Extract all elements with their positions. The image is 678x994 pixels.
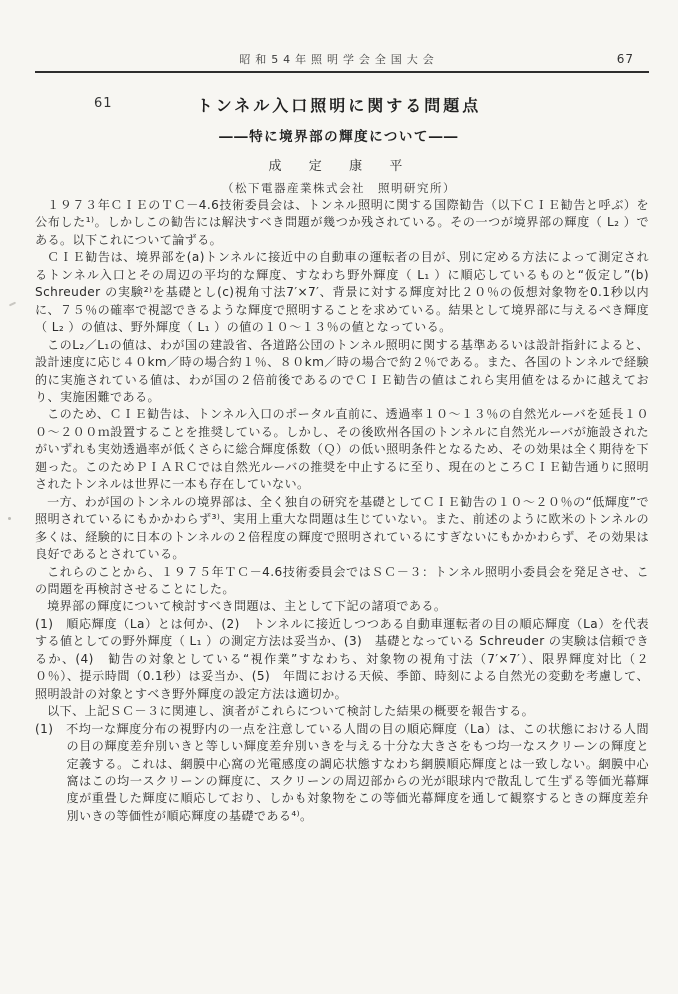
body-text: １９７３年ＣＩＥのＴＣ－4.6技術委員会は、トンネル照明に関する国際勧告（以下Ｃ… <box>35 197 649 825</box>
author-affiliation: （松下電器産業株式会社 照明研究所） <box>0 180 678 196</box>
scanned-paper-page: 昭和54年照明学会全国大会 67 61 トンネル入口照明に関する問題点 ――特に… <box>0 0 678 994</box>
paragraph: このため、ＣＩＥ勧告は、トンネル入口のポータル直前に、透過率１０～１３％の自然光… <box>35 406 649 493</box>
author-name: 成 定 康 平 <box>0 155 678 174</box>
scan-speck <box>8 517 11 520</box>
paragraph: １９７３年ＣＩＥのＴＣ－4.6技術委員会は、トンネル照明に関する国際勧告（以下Ｃ… <box>35 197 649 249</box>
paragraph: 以下、上記ＳＣ－３に関連し、演者がこれらについて検討した結果の概要を報告する。 <box>35 703 649 720</box>
title-block: トンネル入口照明に関する問題点 ――特に境界部の輝度について―― 成 定 康 平… <box>0 93 678 196</box>
paragraph: ＣＩＥ勧告は、境界部を(a)トンネルに接近中の自動車の運転者の目が、別に定める方… <box>35 249 649 336</box>
paragraph: 一方、わが国のトンネルの境界部は、全く独自の研究を基礎としてＣＩＥ勧告の１０～２… <box>35 494 649 564</box>
paper-subtitle: ――特に境界部の輝度について―― <box>0 125 678 145</box>
paragraph: これらのことから、１９７５年ＴＣ－4.6技術委員会ではＳＣ－３：トンネル照明小委… <box>35 564 649 599</box>
header-rule <box>35 71 649 73</box>
paragraph: 境界部の輝度について検討すべき問題は、主として下記の諸項である。 <box>35 598 649 615</box>
scan-speck <box>9 302 16 307</box>
paragraph: このL₂／L₁の値は、わが国の建設省、各道路公団のトンネル照明に関する基準あるい… <box>35 337 649 407</box>
paper-title: トンネル入口照明に関する問題点 <box>0 93 678 116</box>
running-head-conference: 昭和54年照明学会全国大会 <box>0 51 678 67</box>
paragraph-list-items: (1) 順応輝度（La）とは何か、(2) トンネルに接近しつつある自動車運転者の… <box>35 616 649 703</box>
page-number: 67 <box>617 52 634 66</box>
paragraph-numbered-item: (1) 不均一な輝度分布の視野内の一点を注意している人間の目の順応輝度（La）は… <box>35 721 649 826</box>
